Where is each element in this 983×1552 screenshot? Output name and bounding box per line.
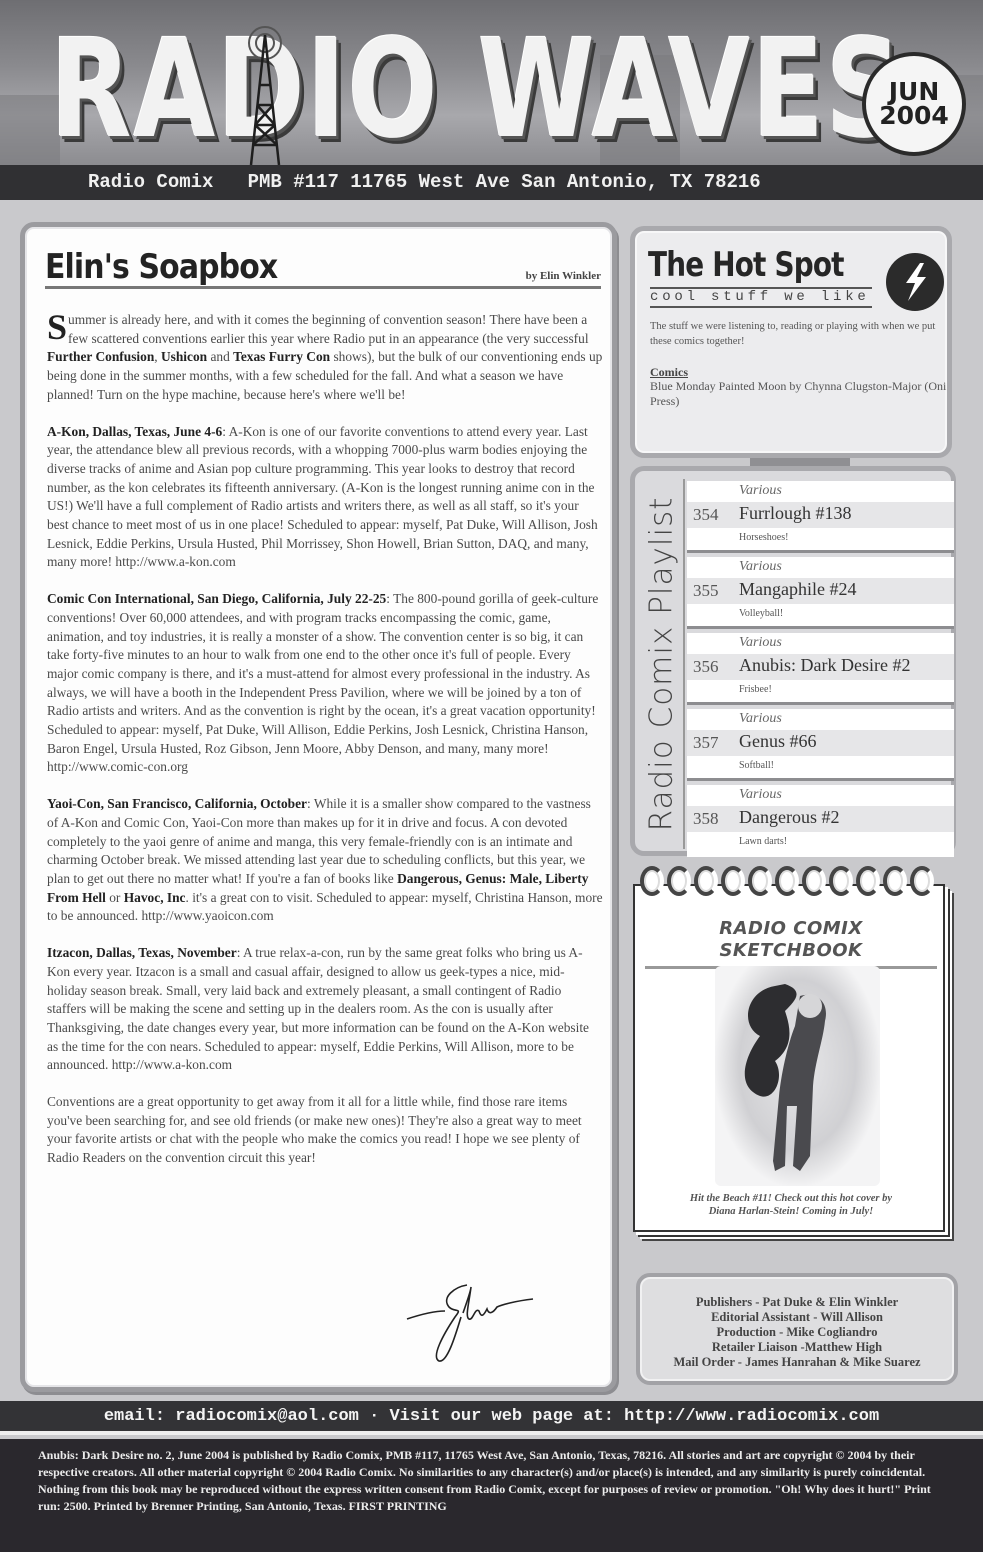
entry-artist: Various <box>739 483 782 499</box>
entry-title: Dangerous #2 <box>739 807 839 828</box>
spiral-ring-icon <box>694 866 718 896</box>
entry-title: Furrlough #138 <box>739 503 852 524</box>
hot-spot-panel: The Hot Spot cool stuff we like The stuf… <box>630 226 952 458</box>
section-text: : A true relax-a-con, run by the same gr… <box>47 945 589 1072</box>
spiral-ring-icon <box>802 866 826 896</box>
playlist-entry: Various 356 Anubis: Dark Desire #2 Frisb… <box>687 633 954 705</box>
credit-line: Mail Order - James Hanrahan & Mike Suare… <box>640 1355 954 1370</box>
playlist-entry: Various 358 Dangerous #2 Lawn darts! <box>687 785 954 857</box>
hot-spot-item: Blue Monday Painted Moon by Chynna Clugs… <box>650 379 950 409</box>
entry-note: Softball! <box>739 760 774 771</box>
entry-artist: Various <box>739 635 782 651</box>
staff-credits: Publishers - Pat Duke & Elin Winkler Edi… <box>636 1273 958 1385</box>
spiral-binding <box>640 866 940 902</box>
entry-title: Mangaphile #24 <box>739 579 856 600</box>
entry-note: Volleyball! <box>739 608 783 619</box>
sketchbook-caption: Hit the Beach #11! Check out this hot co… <box>645 1192 937 1218</box>
radio-tower-icon <box>245 25 285 165</box>
sketch-illustration <box>715 966 880 1186</box>
section-akon: A-Kon, Dallas, Texas, June 4-6: A-Kon is… <box>47 423 603 573</box>
issue-year: 2004 <box>879 104 949 128</box>
playlist-entry: Various 354 Furrlough #138 Horseshoes! <box>687 481 954 553</box>
con-name: Further Confusion <box>47 349 154 364</box>
section-heading: A-Kon, Dallas, Texas, June 4-6 <box>47 424 222 439</box>
address-bar: Radio Comix PMB #117 11765 West Ave San … <box>0 165 983 200</box>
closing-paragraph: Conventions are a great opportunity to g… <box>47 1093 603 1168</box>
section-heading: Itzacon, Dallas, Texas, November <box>47 945 237 960</box>
entry-artist: Various <box>739 559 782 575</box>
hot-spot-title: The Hot Spot <box>648 247 844 283</box>
article-body: Summer is already here, and with it come… <box>47 311 603 1186</box>
spiral-ring-icon <box>667 866 691 896</box>
sketchbook-panel: RADIO COMIX SKETCHBOOK Hit the Beach #11… <box>633 884 945 1232</box>
spiral-ring-icon <box>748 866 772 896</box>
section-text: : A-Kon is one of our favorite conventio… <box>47 424 598 570</box>
section-heading: Yaoi-Con, San Francisco, California, Oct… <box>47 796 307 811</box>
entry-number: 357 <box>693 733 719 753</box>
section-heading: Comic Con International, San Diego, Cali… <box>47 591 386 606</box>
caption-line: Diana Harlan-Stein! Coming in July! <box>645 1205 937 1218</box>
credit-line: Editorial Assistant - Will Allison <box>640 1310 954 1325</box>
article-byline: by Elin Winkler <box>526 270 601 282</box>
section-text: or <box>106 890 124 905</box>
hot-spot-intro: The stuff we were listening to, reading … <box>650 319 950 349</box>
entry-number: 356 <box>693 657 719 677</box>
entry-note: Horseshoes! <box>739 532 788 543</box>
entry-number: 354 <box>693 505 719 525</box>
section-comic-con: Comic Con International, San Diego, Cali… <box>47 590 603 777</box>
entry-number: 358 <box>693 809 719 829</box>
separator: and <box>207 349 233 364</box>
playlist-entry: Various 357 Genus #66 Softball! <box>687 709 954 781</box>
panel-connector <box>750 458 850 466</box>
lightning-bolt-icon <box>886 253 944 311</box>
entry-number: 355 <box>693 581 719 601</box>
hot-spot-subtitle: cool stuff we like <box>650 289 872 305</box>
entry-artist: Various <box>739 711 782 727</box>
section-yaoi-con: Yaoi-Con, San Francisco, California, Oct… <box>47 795 603 926</box>
spiral-ring-icon <box>775 866 799 896</box>
divider <box>650 306 872 308</box>
playlist-entry: Various 355 Mangaphile #24 Volleyball! <box>687 557 954 629</box>
entry-title: Genus #66 <box>739 731 817 752</box>
spiral-ring-icon <box>883 866 907 896</box>
article-header: Elin's Soapbox by Elin Winkler <box>45 247 601 289</box>
article-title: Elin's Soapbox <box>45 247 277 287</box>
masthead: RADIO WAVES JUN 2004 <box>0 0 983 165</box>
divider <box>683 479 685 849</box>
section-text: : The 800-pound gorilla of geek-culture … <box>47 591 598 774</box>
con-name: Ushicon <box>161 349 207 364</box>
playlist-label-text: Radio Comix Playlist <box>643 497 679 832</box>
signature-image <box>405 1277 545 1367</box>
entry-note: Lawn darts! <box>739 836 787 847</box>
section-itzacon: Itzacon, Dallas, Texas, November: A true… <box>47 944 603 1075</box>
soapbox-article: Elin's Soapbox by Elin Winkler Summer is… <box>20 222 617 1392</box>
sketchbook-title: RADIO COMIX SKETCHBOOK <box>645 918 937 969</box>
entry-title: Anubis: Dark Desire #2 <box>739 655 910 676</box>
entry-artist: Various <box>739 787 782 803</box>
spiral-ring-icon <box>829 866 853 896</box>
credit-line: Production - Mike Cogliandro <box>640 1325 954 1340</box>
caption-line: Hit the Beach #11! Check out this hot co… <box>645 1192 937 1205</box>
entry-note: Frisbee! <box>739 684 772 695</box>
playlist-panel: Radio Comix Playlist Various 354 Furrlou… <box>630 466 956 856</box>
credit-line: Publishers - Pat Duke & Elin Winkler <box>640 1295 954 1310</box>
legal-notice: Anubis: Dark Desire no. 2, June 2004 is … <box>0 1439 983 1552</box>
separator: , <box>154 349 161 364</box>
drop-cap: S <box>47 314 67 340</box>
contact-bar: email: radiocomix@aol.com · Visit our we… <box>0 1401 983 1435</box>
issue-date-badge: JUN 2004 <box>862 52 966 156</box>
spiral-ring-icon <box>640 866 664 896</box>
hot-spot-category: Comics <box>650 365 688 380</box>
row-band <box>687 730 954 756</box>
playlist-label: Radio Comix Playlist <box>637 479 685 849</box>
con-name: Texas Furry Con <box>233 349 330 364</box>
book-title: Havoc, Inc <box>124 890 186 905</box>
spiral-ring-icon <box>910 866 934 896</box>
spiral-ring-icon <box>721 866 745 896</box>
intro-text: ummer is already here, and with it comes… <box>68 312 589 346</box>
intro-paragraph: Summer is already here, and with it come… <box>47 311 603 405</box>
radio-waves-logo: RADIO WAVES <box>50 20 904 160</box>
spiral-ring-icon <box>856 866 880 896</box>
playlist-list: Various 354 Furrlough #138 Horseshoes! V… <box>687 481 954 861</box>
credit-line: Retailer Liaison -Matthew High <box>640 1340 954 1355</box>
